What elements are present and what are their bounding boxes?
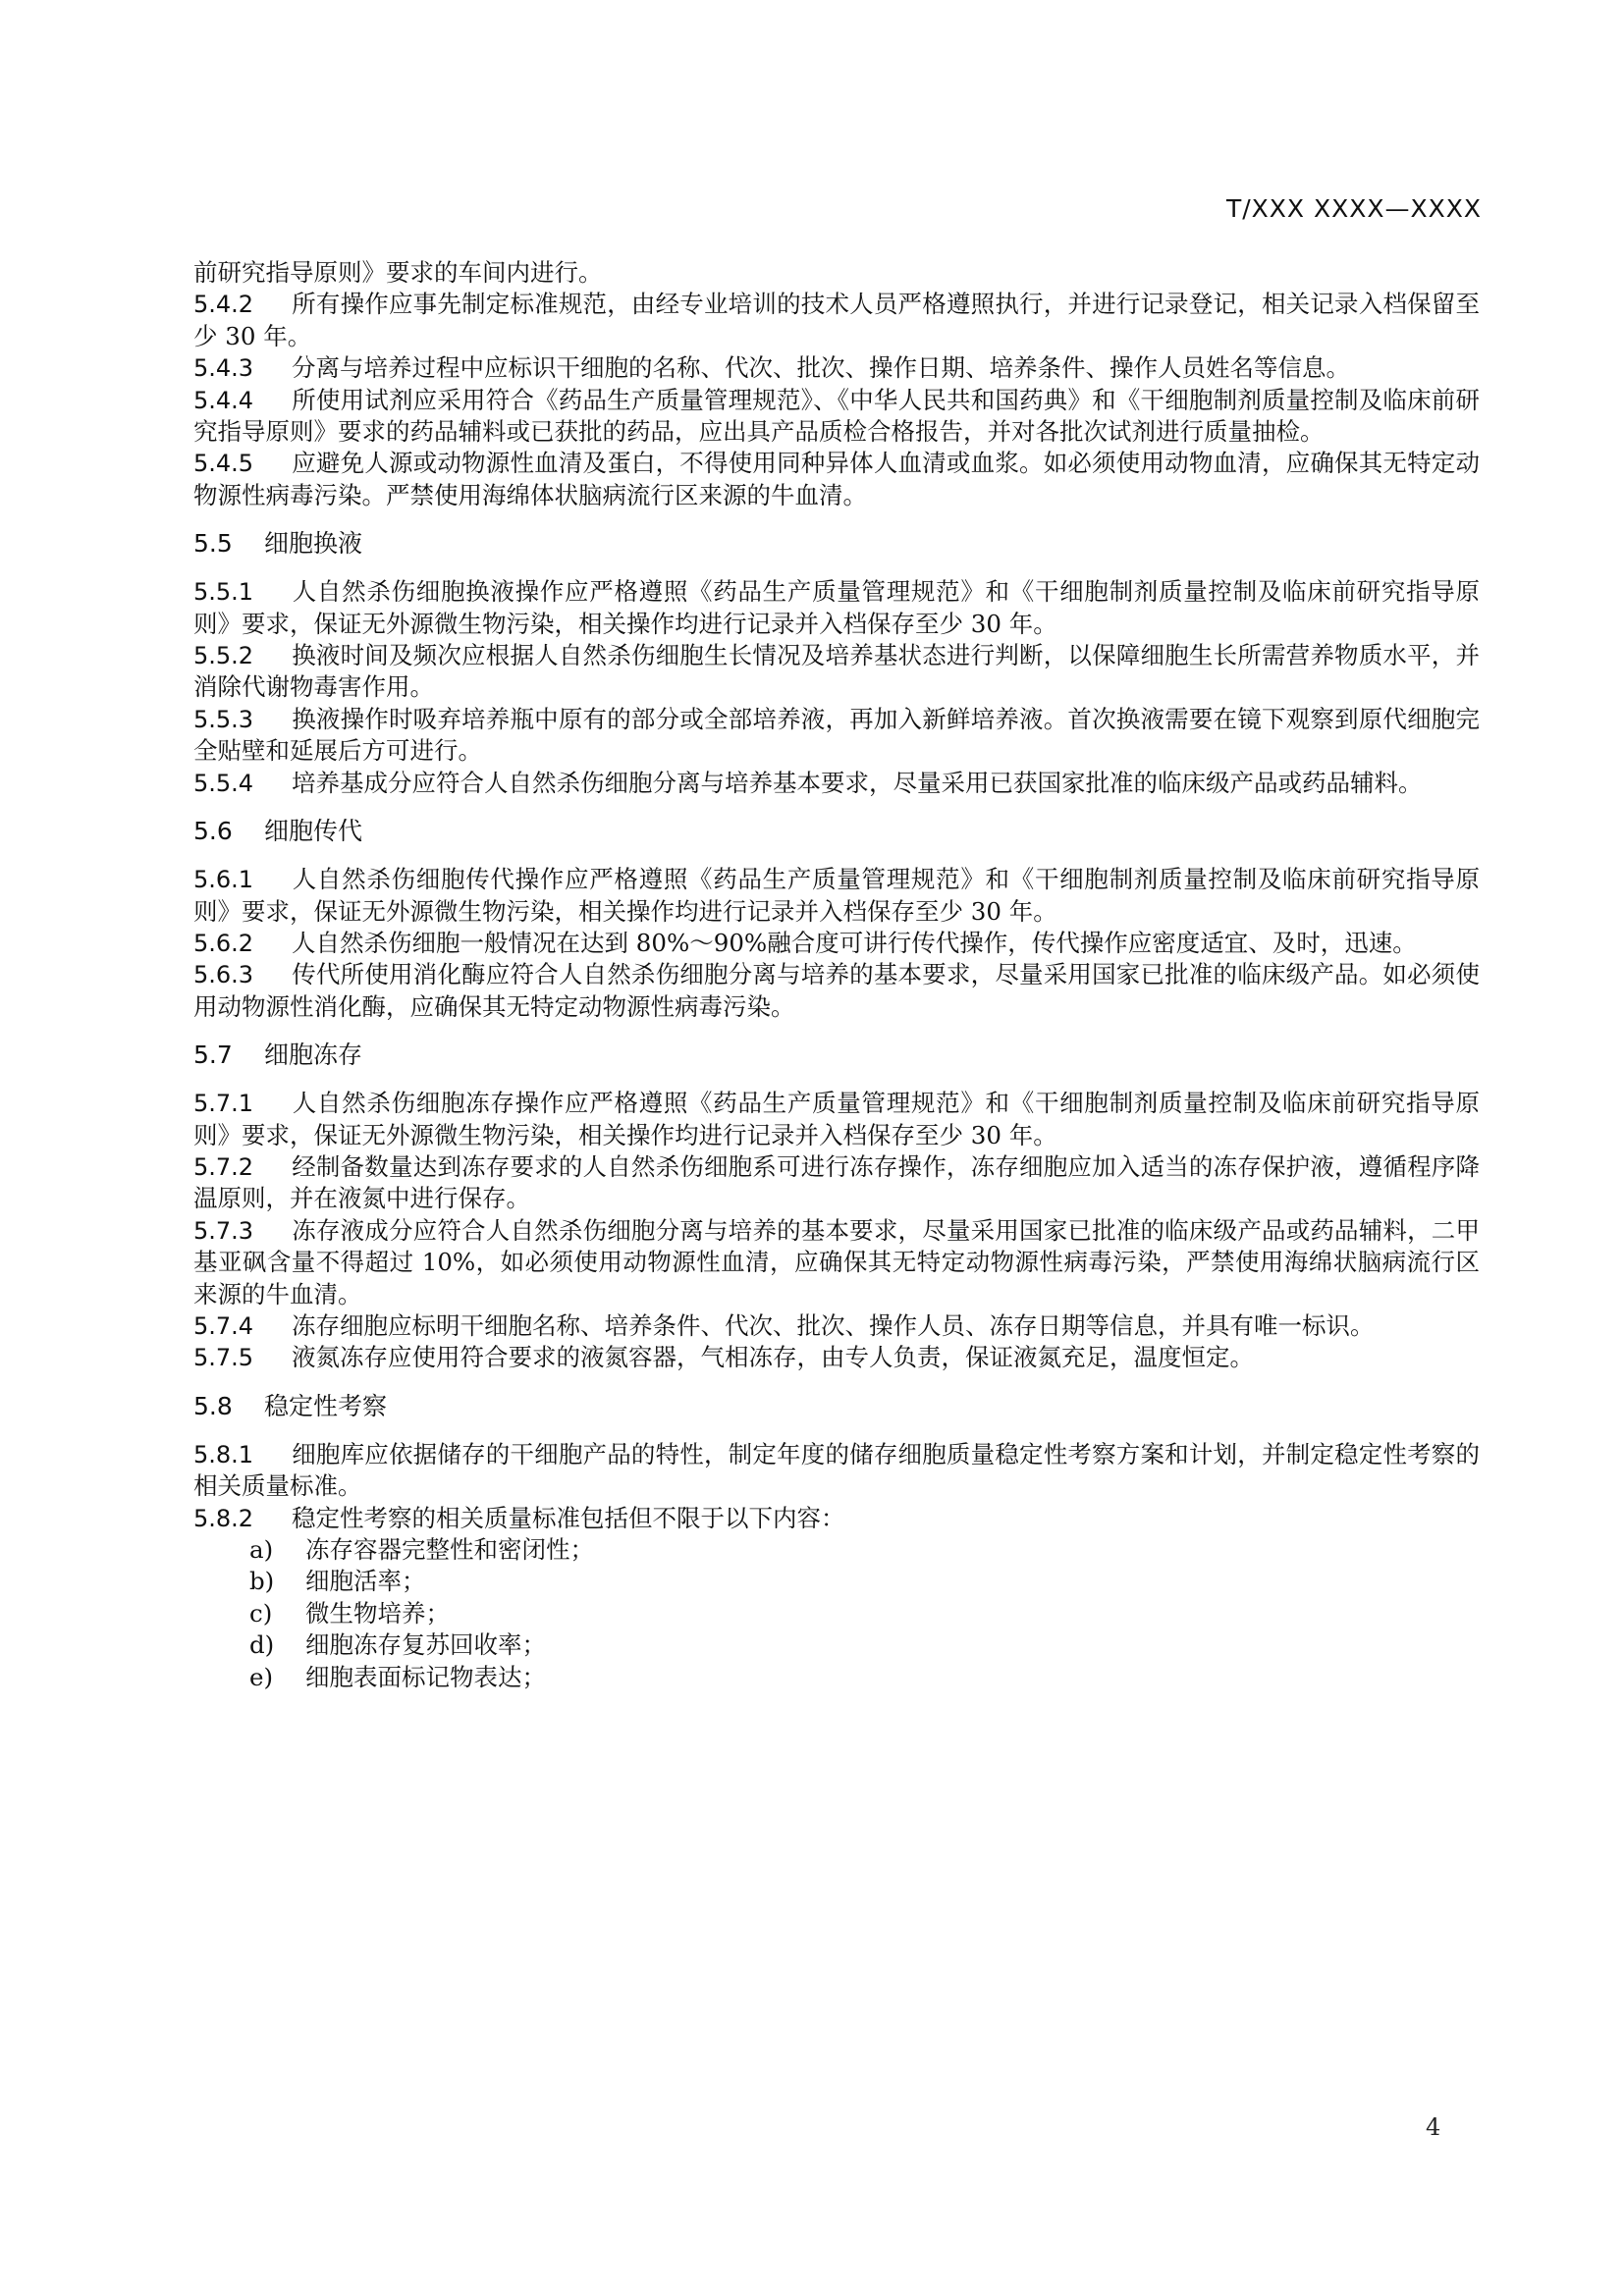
section-title: 细胞冻存 [264,1041,362,1069]
clause-5-7-5: 5.7.5液氮冻存应使用符合要求的液氮容器，气相冻存，由专人负责，保证液氮充足，… [193,1342,1480,1373]
clause-text: 培养基成分应符合人自然杀伤细胞分离与培养基本要求，尽量采用已获国家批准的临床级产… [292,769,1423,797]
clause-text: 人自然杀伤细胞一般情况在达到 80%～90%融合度可讲行传代操作，传代操作应密度… [292,929,1417,957]
clause-number: 5.7.4 [193,1310,264,1342]
clause-5-5-3: 5.5.3换液操作时吸弃培养瓶中原有的部分或全部培养液，再加入新鲜培养液。首次换… [193,704,1480,768]
paragraph-text: 前研究指导原则》要求的车间内进行。 [193,258,603,287]
clause-text: 分离与培养过程中应标识干细胞的名称、代次、批次、操作日期、培养条件、操作人员姓名… [292,353,1350,382]
clause-number: 5.7.3 [193,1215,264,1247]
clause-text: 人自然杀伤细胞换液操作应严格遵照《药品生产质量管理规范》和《干细胞制剂质量控制及… [193,577,1480,637]
clause-5-5-1: 5.5.1人自然杀伤细胞换液操作应严格遵照《药品生产质量管理规范》和《干细胞制剂… [193,576,1480,640]
list-marker: c) [249,1598,305,1629]
clause-5-4-4: 5.4.4所使用试剂应采用符合《药品生产质量管理规范》、《中华人民共和国药典》和… [193,385,1480,449]
clause-5-6-3: 5.6.3传代所使用消化酶应符合人自然杀伤细胞分离与培养的基本要求，尽量采用国家… [193,959,1480,1023]
clause-5-5-4: 5.5.4培养基成分应符合人自然杀伤细胞分离与培养基本要求，尽量采用已获国家批准… [193,768,1480,799]
clause-5-7-4: 5.7.4冻存细胞应标明干细胞名称、培养条件、代次、批次、操作人员、冻存日期等信… [193,1310,1480,1342]
list-marker: e) [249,1662,305,1693]
clause-5-6-1: 5.6.1人自然杀伤细胞传代操作应严格遵照《药品生产质量管理规范》和《干细胞制剂… [193,864,1480,928]
section-number: 5.7 [193,1040,241,1071]
clause-number: 5.8.1 [193,1439,264,1470]
section-heading-5-5: 5.5细胞换液 [193,528,1480,560]
section-heading-5-8: 5.8稳定性考察 [193,1391,1480,1422]
clause-number: 5.8.2 [193,1503,264,1534]
clause-text: 人自然杀伤细胞传代操作应严格遵照《药品生产质量管理规范》和《干细胞制剂质量控制及… [193,865,1480,925]
clause-text: 液氮冻存应使用符合要求的液氮容器，气相冻存，由专人负责，保证液氮充足，温度恒定。 [292,1343,1254,1371]
clause-5-7-2: 5.7.2经制备数量达到冻存要求的人自然杀伤细胞系可进行冻存操作，冻存细胞应加入… [193,1151,1480,1215]
section-title: 稳定性考察 [264,1392,387,1420]
list-item: c)微生物培养； [193,1598,1480,1629]
section-number: 5.6 [193,816,241,847]
list-item: e)细胞表面标记物表达； [193,1662,1480,1693]
clause-text: 冻存液成分应符合人自然杀伤细胞分离与培养的基本要求，尽量采用国家已批准的临床级产… [193,1216,1480,1308]
clause-number: 5.4.2 [193,289,264,320]
clause-text: 传代所使用消化酶应符合人自然杀伤细胞分离与培养的基本要求，尽量采用国家已批准的临… [193,960,1480,1020]
clause-5-8-1: 5.8.1细胞库应依据储存的干细胞产品的特性，制定年度的储存细胞质量稳定性考察方… [193,1439,1480,1503]
document-code-header: T/XXX XXXX—XXXX [1226,194,1482,223]
clause-5-4-2: 5.4.2所有操作应事先制定标准规范，由经专业培训的技术人员严格遵照执行，并进行… [193,289,1480,352]
section-heading-5-6: 5.6细胞传代 [193,816,1480,847]
document-page: T/XXX XXXX—XXXX 前研究指导原则》要求的车间内进行。 5.4.2所… [0,0,1624,2296]
clause-number: 5.6.3 [193,959,264,990]
clause-number: 5.5.3 [193,704,264,735]
list-item: d)细胞冻存复苏回收率； [193,1629,1480,1661]
clause-text: 细胞库应依据储存的干细胞产品的特性，制定年度的储存细胞质量稳定性考察方案和计划，… [193,1440,1480,1500]
section-number: 5.8 [193,1391,241,1422]
clause-number: 5.5.2 [193,640,264,671]
clause-text: 所使用试剂应采用符合《药品生产质量管理规范》、《中华人民共和国药典》和《干细胞制… [193,386,1480,446]
clause-5-6-2: 5.6.2人自然杀伤细胞一般情况在达到 80%～90%融合度可讲行传代操作，传代… [193,928,1480,959]
clause-text: 所有操作应事先制定标准规范，由经专业培训的技术人员严格遵照执行，并进行记录登记，… [193,290,1480,349]
list-item-text: 微生物培养； [305,1599,450,1628]
list-item: a)冻存容器完整性和密闭性； [193,1534,1480,1566]
clause-text: 稳定性考察的相关质量标准包括但不限于以下内容： [292,1504,845,1532]
clause-number: 5.4.5 [193,448,264,479]
list-item-text: 细胞表面标记物表达； [305,1663,546,1691]
clause-text: 冻存细胞应标明干细胞名称、培养条件、代次、批次、操作人员、冻存日期等信息，并具有… [292,1311,1375,1340]
clause-number: 5.7.2 [193,1151,264,1183]
clause-number: 5.7.1 [193,1088,264,1119]
clause-text: 换液时间及频次应根据人自然杀伤细胞生长情况及培养基状态进行判断，以保障细胞生长所… [193,641,1480,701]
clause-5-7-1: 5.7.1人自然杀伤细胞冻存操作应严格遵照《药品生产质量管理规范》和《干细胞制剂… [193,1088,1480,1151]
list-item: b)细胞活率； [193,1566,1480,1597]
list-marker: b) [249,1566,305,1597]
clause-number: 5.5.4 [193,768,264,799]
clause-number: 5.5.1 [193,576,264,608]
clause-text: 应避免人源或动物源性血清及蛋白，不得使用同种异体人血清或血浆。如必须使用动物血清… [193,449,1480,508]
clause-5-4-3: 5.4.3分离与培养过程中应标识干细胞的名称、代次、批次、操作日期、培养条件、操… [193,352,1480,384]
list-marker: d) [249,1629,305,1661]
clause-number: 5.6.1 [193,864,264,895]
clause-number: 5.4.4 [193,385,264,416]
clause-text: 经制备数量达到冻存要求的人自然杀伤细胞系可进行冻存操作，冻存细胞应加入适当的冻存… [193,1152,1480,1212]
list-item-text: 细胞冻存复苏回收率； [305,1630,546,1659]
page-number: 4 [1426,2113,1440,2141]
clause-5-5-2: 5.5.2换液时间及频次应根据人自然杀伤细胞生长情况及培养基状态进行判断，以保障… [193,640,1480,704]
section-number: 5.5 [193,528,241,560]
clause-number: 5.6.2 [193,928,264,959]
clause-text: 换液操作时吸弃培养瓶中原有的部分或全部培养液，再加入新鲜培养液。首次换液需要在镜… [193,705,1480,765]
clause-5-4-5: 5.4.5应避免人源或动物源性血清及蛋白，不得使用同种异体人血清或血浆。如必须使… [193,448,1480,511]
document-body: 前研究指导原则》要求的车间内进行。 5.4.2所有操作应事先制定标准规范，由经专… [193,257,1480,1693]
clause-number: 5.4.3 [193,352,264,384]
list-marker: a) [249,1534,305,1566]
list-item-text: 细胞活率； [305,1567,426,1595]
clause-text: 人自然杀伤细胞冻存操作应严格遵照《药品生产质量管理规范》和《干细胞制剂质量控制及… [193,1089,1480,1148]
stability-criteria-list: a)冻存容器完整性和密闭性； b)细胞活率； c)微生物培养； d)细胞冻存复苏… [193,1534,1480,1693]
section-title: 细胞换液 [264,529,362,558]
list-item-text: 冻存容器完整性和密闭性； [305,1535,594,1564]
clause-5-7-3: 5.7.3冻存液成分应符合人自然杀伤细胞分离与培养的基本要求，尽量采用国家已批准… [193,1215,1480,1310]
clause-number: 5.7.5 [193,1342,264,1373]
clause-5-8-2: 5.8.2稳定性考察的相关质量标准包括但不限于以下内容： [193,1503,1480,1534]
section-heading-5-7: 5.7细胞冻存 [193,1040,1480,1071]
section-title: 细胞传代 [264,817,362,845]
paragraph-continuation: 前研究指导原则》要求的车间内进行。 [193,257,1480,289]
